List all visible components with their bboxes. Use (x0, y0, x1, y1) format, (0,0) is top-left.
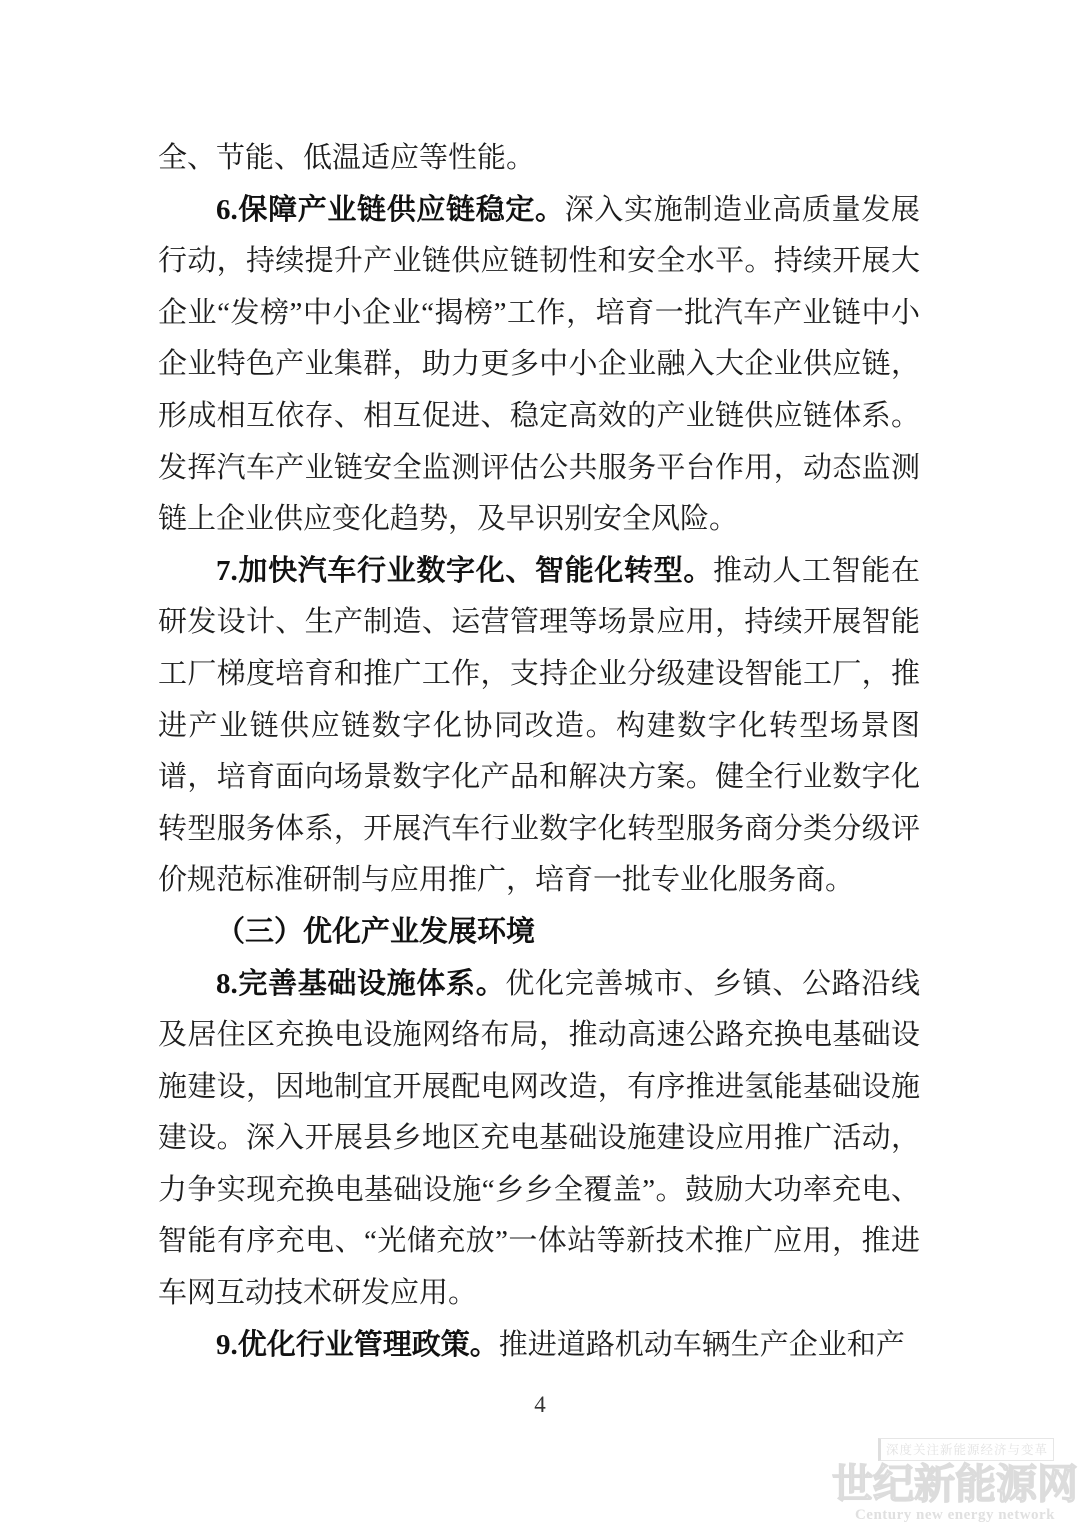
paragraph-lead: 9.优化行业管理政策。 (216, 1329, 499, 1361)
paragraph-lead: 6.保障产业链供应链稳定。 (216, 194, 565, 226)
paragraph: 全、节能、低温适应等性能。 (158, 133, 920, 185)
watermark-subtitle: Century new energy network (830, 1507, 1080, 1524)
paragraph: 7.加快汽车行业数字化、智能化转型。推动人工智能在研发设计、生产制造、运营管理等… (158, 546, 920, 907)
watermark-logo: 深度关注新能源经济与变革 世纪新能源网 Century new energy n… (830, 1438, 1080, 1524)
document-body: 全、节能、低温适应等性能。 6.保障产业链供应链稳定。深入实施制造业高质量发展行… (158, 133, 920, 1371)
paragraph: （三）优化产业发展环境 (158, 907, 920, 959)
paragraph: 9.优化行业管理政策。推进道路机动车辆生产企业和产 (158, 1320, 920, 1372)
document-page: 全、节能、低温适应等性能。 6.保障产业链供应链稳定。深入实施制造业高质量发展行… (0, 0, 1080, 1527)
watermark-title: 世纪新能源网 (830, 1461, 1080, 1507)
paragraph-text: 推动人工智能在研发设计、生产制造、运营管理等场景应用，持续开展智能工厂梯度培育和… (158, 555, 920, 897)
page-number: 4 (0, 1392, 1080, 1418)
paragraph-lead: （三）优化产业发展环境 (216, 916, 535, 948)
paragraph-text: 优化完善城市、乡镇、公路沿线及居住区充换电设施网络布局，推动高速公路充换电基础设… (158, 968, 920, 1310)
paragraph-lead: 8.完善基础设施体系。 (216, 968, 505, 1000)
paragraph-lead: 7.加快汽车行业数字化、智能化转型。 (216, 555, 713, 587)
paragraph-text: 推进道路机动车辆生产企业和产 (499, 1329, 905, 1361)
paragraph-text: 全、节能、低温适应等性能。 (158, 142, 535, 174)
paragraph: 8.完善基础设施体系。优化完善城市、乡镇、公路沿线及居住区充换电设施网络布局，推… (158, 959, 920, 1320)
paragraph-text: 深入实施制造业高质量发展行动，持续提升产业链供应链韧性和安全水平。持续开展大企业… (158, 194, 920, 536)
paragraph: 6.保障产业链供应链稳定。深入实施制造业高质量发展行动，持续提升产业链供应链韧性… (158, 185, 920, 546)
watermark-tagline: 深度关注新能源经济与变革 (878, 1438, 1054, 1461)
